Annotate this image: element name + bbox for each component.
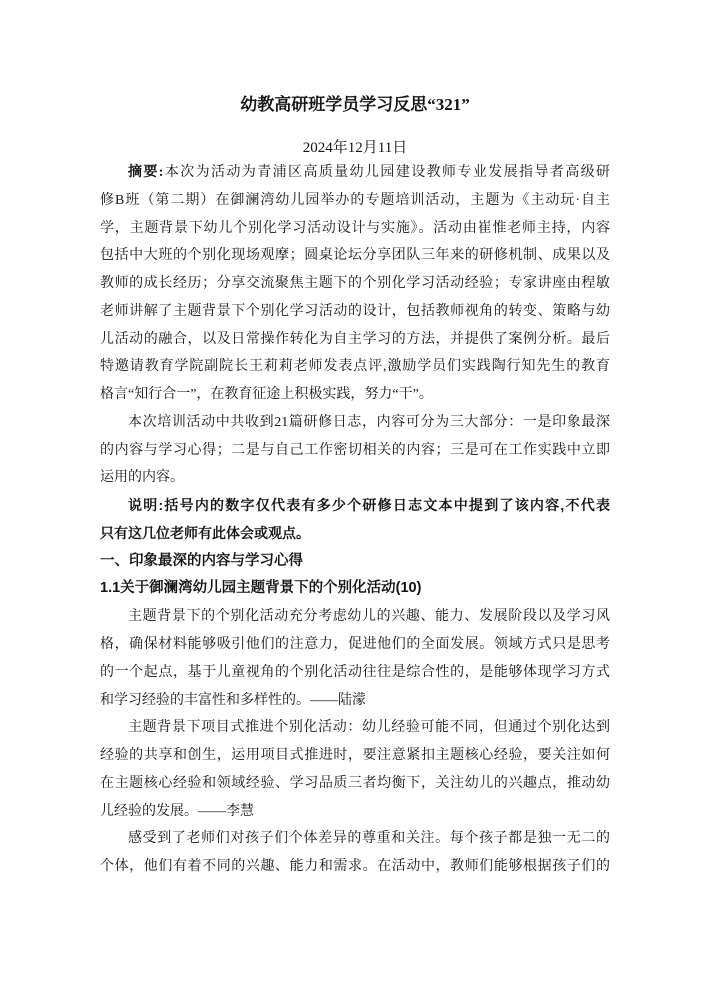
- text-line: 主题背景下项目式推进个别化活动：幼儿经验可能不同，但通过个别化达到: [100, 714, 610, 742]
- text-line: 包括中大班的个别化现场观摩；圆桌论坛分享团队三年来的研修机制、成果以及: [100, 242, 610, 270]
- reflection-paragraph: 主题背景下的个别化活动充分考虑幼儿的兴趣、能力、发展阶段以及学习风 格，确保材料…: [100, 603, 610, 714]
- text-line: 学，主题背景下幼儿个别化学习活动设计与实施》。活动由崔惟老师主持，内容: [100, 215, 610, 243]
- text-line: 在主题核心经验和领域经验、学习品质三者均衡下，关注幼儿的兴趣点，推动幼: [100, 770, 610, 798]
- section-heading: 一、印象最深的内容与学习心得: [100, 548, 610, 576]
- reflection-paragraph: 感受到了老师们对孩子们个体差异的尊重和关注。每个孩子都是独一无二的 个体，他们有…: [100, 825, 610, 881]
- text-line: 老师讲解了主题背景下个别化学习活动的设计，包括教师视角的转变、策略与幼: [100, 298, 610, 326]
- document-content: 幼教高研班学员学习反思“321” 2024年12月11日 摘要:本次为活动为青浦…: [100, 92, 610, 881]
- text-line: 本次培训活动中共收到21篇研修日志，内容可分为三大部分：一是印象最深: [100, 409, 610, 437]
- text-line: 特邀请教育学院副院长王莉莉老师发表点评,激励学员们实践陶行知先生的教育: [100, 353, 610, 381]
- text-line: 儿活动的融合，以及日常操作转化为自主学习的方法，并提供了案例分析。最后: [100, 326, 610, 354]
- text-line: 只有这几位老师有此体会或观点。: [100, 520, 610, 548]
- abstract-paragraph: 摘要:本次为活动为青浦区高质量幼儿园建设教师专业发展指导者高级研 修B班（第二期…: [100, 159, 610, 409]
- page-title: 幼教高研班学员学习反思“321”: [100, 92, 610, 118]
- text-line: 儿经验的发展。——李慧: [100, 798, 610, 826]
- document-page: 幼教高研班学员学习反思“321” 2024年12月11日 摘要:本次为活动为青浦…: [0, 0, 707, 999]
- text-line: 本次为活动为青浦区高质量幼儿园建设教师专业发展指导者高级研: [163, 165, 610, 180]
- text-line: 个体，他们有着不同的兴趣、能力和需求。在活动中，教师们能够根据孩子们的: [100, 853, 610, 881]
- text-line: 感受到了老师们对孩子们个体差异的尊重和关注。每个孩子都是独一无二的: [100, 825, 610, 853]
- text-line: 的内容与学习心得；二是与自己工作密切相关的内容；三是可在工作实践中立即: [100, 437, 610, 465]
- text-line: 和学习经验的丰富性和多样性的。——陆濛: [100, 687, 610, 715]
- text-line: 摘要:本次为活动为青浦区高质量幼儿园建设教师专业发展指导者高级研: [100, 159, 610, 187]
- text-line: 的一个起点，基于儿童视角的个别化活动往往是综合性的，是能够体现学习方式: [100, 659, 610, 687]
- text-line: 格言“知行合一”，在教育征途上积极实践，努力“干”。: [100, 381, 610, 409]
- subsection-heading: 1.1关于御澜湾幼儿园主题背景下的个别化活动(10): [100, 575, 610, 603]
- text-line: 修B班（第二期）在御澜湾幼儿园举办的专题培训活动，主题为《主动玩·自主: [100, 187, 610, 215]
- text-line: 经验的共享和创生，运用项目式推进时，要注意紧扣主题核心经验，要关注如何: [100, 742, 610, 770]
- overview-paragraph: 本次培训活动中共收到21篇研修日志，内容可分为三大部分：一是印象最深 的内容与学…: [100, 409, 610, 492]
- abstract-label: 摘要:: [128, 165, 163, 180]
- note-paragraph: 说明:括号内的数字仅代表有多少个研修日志文本中提到了该内容,不代表 只有这几位老…: [100, 492, 610, 548]
- reflection-paragraph: 主题背景下项目式推进个别化活动：幼儿经验可能不同，但通过个别化达到 经验的共享和…: [100, 714, 610, 825]
- text-line: 教师的成长经历；分享交流聚焦主题下的个别化学习活动经验；专家讲座由程敏: [100, 270, 610, 298]
- text-line: 格，确保材料能够吸引他们的注意力，促进他们的全面发展。领域方式只是思考: [100, 631, 610, 659]
- text-line: 主题背景下的个别化活动充分考虑幼儿的兴趣、能力、发展阶段以及学习风: [100, 603, 610, 631]
- text-line: 运用的内容。: [100, 464, 610, 492]
- text-line: 说明:括号内的数字仅代表有多少个研修日志文本中提到了该内容,不代表: [100, 492, 610, 520]
- document-date: 2024年12月11日: [100, 137, 610, 159]
